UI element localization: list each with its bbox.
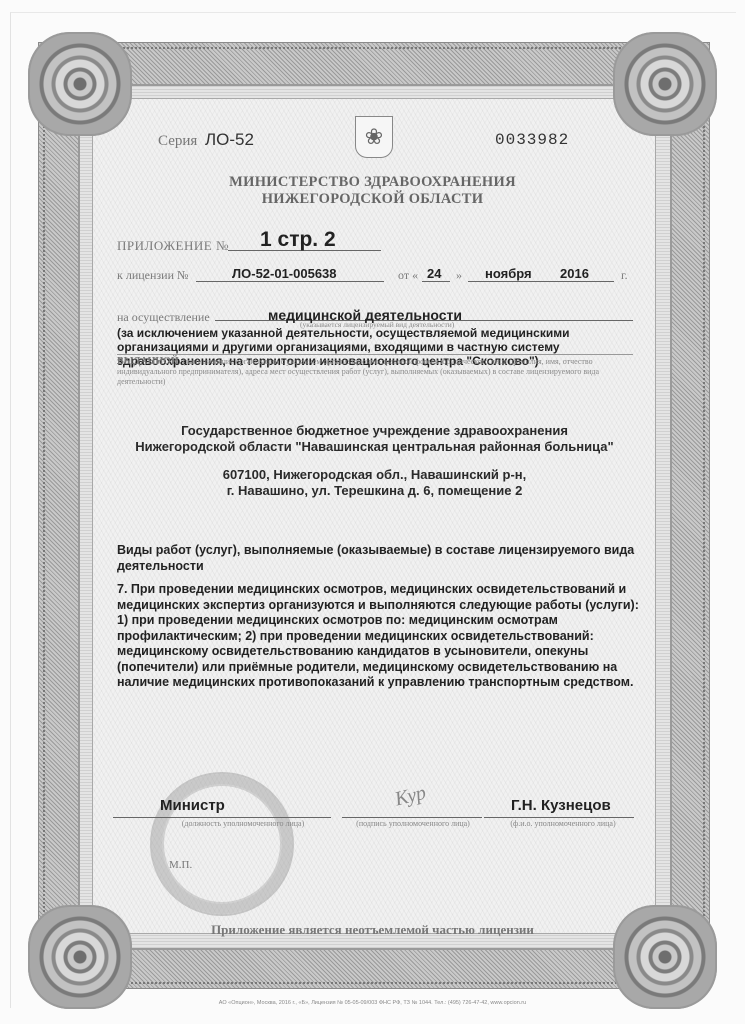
activity-extra-underline (117, 354, 633, 355)
organization-name-line1: Государственное бюджетное учреждение здр… (117, 423, 632, 439)
license-label: к лицензии № (117, 268, 188, 283)
form-number: 0033982 (495, 131, 569, 149)
issued-hint: (наименование организации с указанием ор… (117, 357, 599, 386)
ministry-region: НИЖЕГОРОДСКОЙ ОБЛАСТИ (0, 191, 745, 208)
signature-hint: (подпись уполномоченного лица) (348, 819, 478, 828)
license-month: ноября (485, 266, 532, 281)
appendix-footer-note: Приложение является неотъемлемой частью … (0, 922, 745, 938)
appendix-number: 1 стр. 2 (260, 228, 336, 252)
series-value: ЛО-52 (205, 130, 254, 150)
license-underline (196, 281, 384, 282)
month-year-underline (468, 281, 614, 282)
license-year: 2016 (560, 266, 589, 281)
license-day: 24 (427, 266, 441, 281)
organization-address: 607100, Нижегородская обл., Навашинский … (117, 467, 632, 499)
day-underline (422, 281, 450, 282)
series-label: Серия (158, 133, 197, 150)
corner-rosette-icon (28, 905, 132, 1009)
name-hint: (ф.и.о. уполномоченного лица) (488, 819, 638, 828)
signature-underline (342, 817, 482, 818)
corner-rosette-icon (613, 32, 717, 136)
organization-address-line1: 607100, Нижегородская обл., Навашинский … (117, 467, 632, 483)
printer-imprint: АО «Опцион», Москва, 2016 г., «Б», Лицен… (0, 1000, 745, 1006)
coat-of-arms-icon: ❀ (355, 116, 393, 158)
organization-address-line2: г. Навашино, ул. Терешкина д. 6, помещен… (117, 483, 632, 499)
name-underline (484, 817, 634, 818)
activity-label: на осуществление (117, 310, 210, 325)
works-title: Виды работ (услуг), выполняемые (оказыва… (117, 542, 637, 574)
year-suffix: г. (621, 268, 628, 283)
appendix-label: ПРИЛОЖЕНИЕ № (117, 238, 229, 254)
organization-name: Государственное бюджетное учреждение здр… (117, 423, 632, 455)
date-from-label: от « (398, 268, 418, 283)
signatory-name: Г.Н. Кузнецов (511, 797, 611, 814)
official-stamp (150, 772, 294, 916)
works-description: 7. При проведении медицинских осмотров, … (117, 582, 642, 691)
position-hint: (должность уполномоченного лица) (158, 819, 328, 828)
organization-name-line2: Нижегородской области "Навашинская центр… (117, 439, 632, 455)
license-number: ЛО-52-01-005638 (232, 266, 337, 281)
ministry-title: МИНИСТЕРСТВО ЗДРАВООХРАНЕНИЯ (0, 174, 745, 191)
corner-rosette-icon (28, 32, 132, 136)
eagle-icon: ❀ (365, 126, 383, 148)
position-underline (113, 817, 331, 818)
stamp-place-label: М.П. (169, 859, 192, 871)
signatory-position: Министр (160, 797, 225, 814)
corner-rosette-icon (613, 905, 717, 1009)
day-close-quote: » (456, 268, 462, 283)
issued-label: ВЫДАННОЙ (117, 356, 179, 367)
issued-block: ВЫДАННОЙ (наименование организации с ука… (117, 357, 637, 387)
